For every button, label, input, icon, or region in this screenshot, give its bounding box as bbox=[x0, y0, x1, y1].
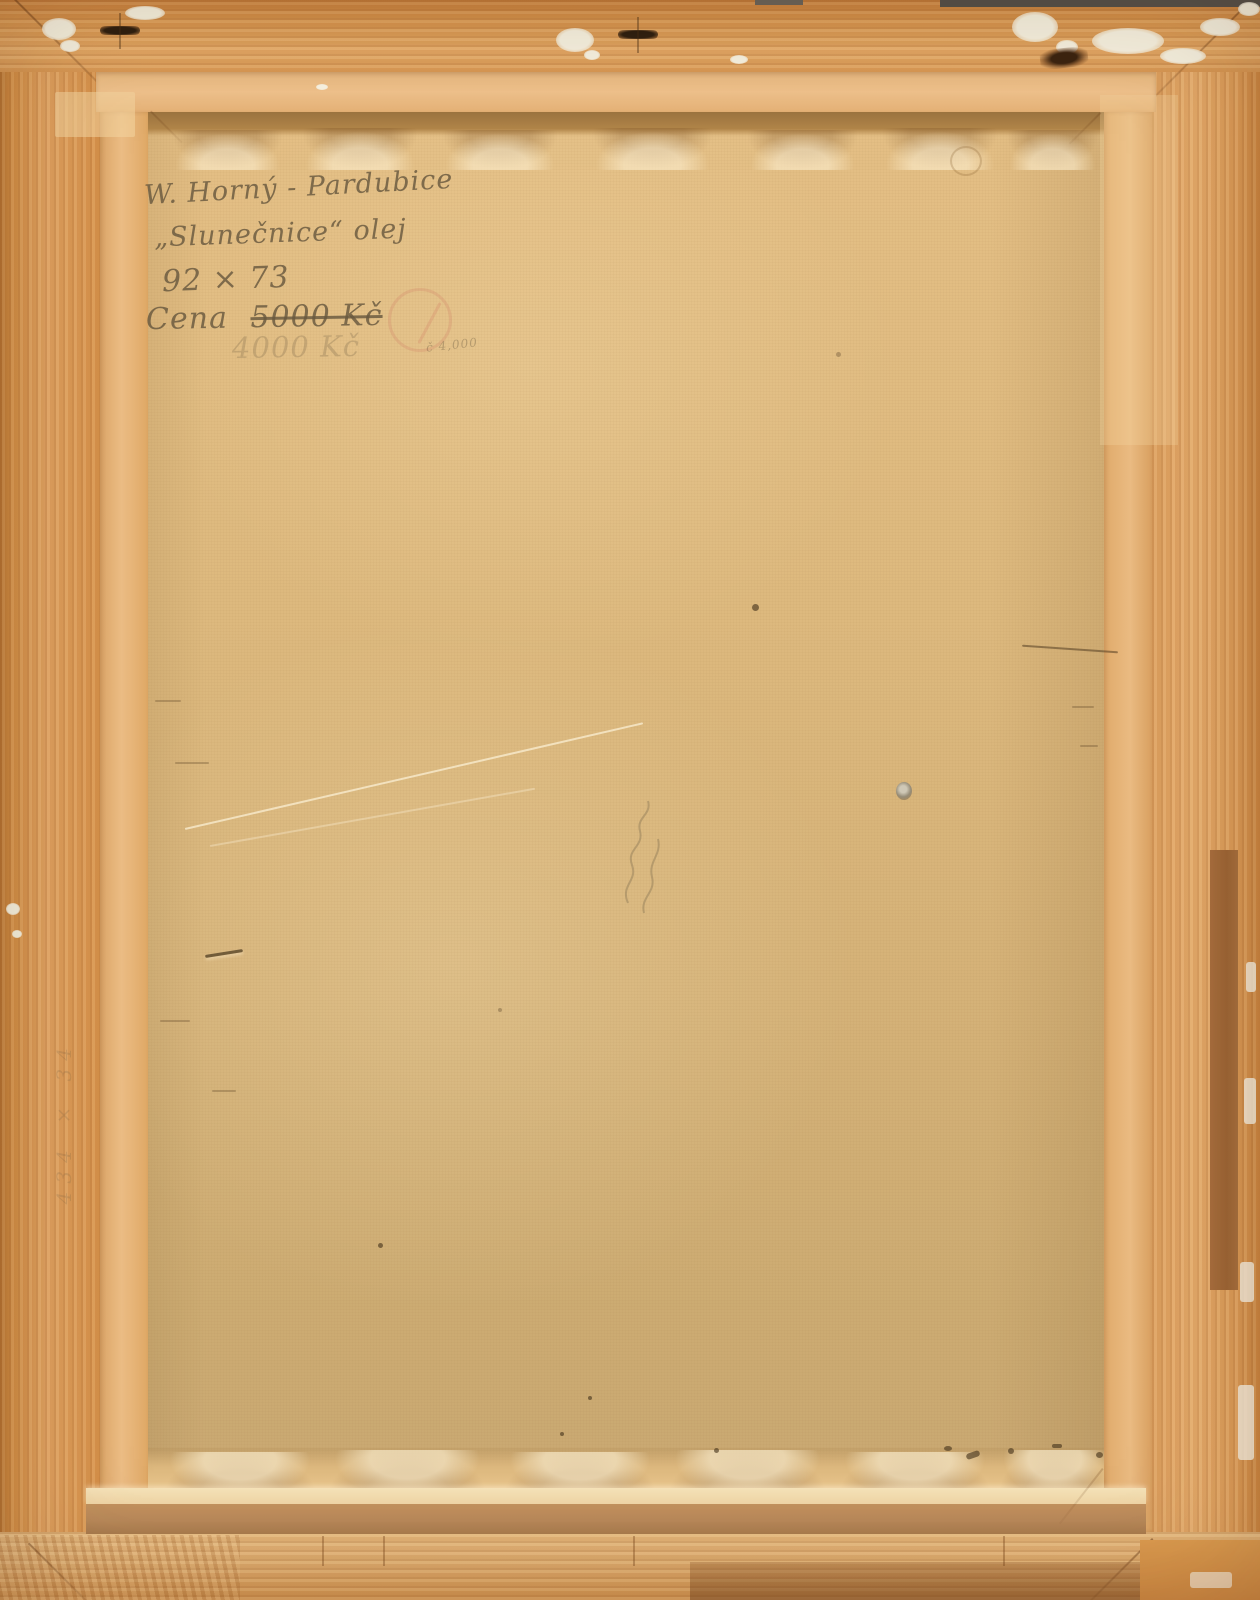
faint-pencil-scribble bbox=[600, 785, 700, 935]
speck bbox=[560, 1432, 564, 1436]
paint-chip bbox=[1238, 2, 1260, 16]
screw-slot bbox=[100, 26, 140, 35]
scuff-mark bbox=[1072, 706, 1094, 708]
paint-chip bbox=[12, 930, 22, 938]
inscription-artist-location: W. Horný - Pardubice bbox=[143, 164, 454, 211]
bottom-rail-warm-piece bbox=[1140, 1540, 1260, 1600]
speck bbox=[1096, 1452, 1103, 1458]
paint-chip bbox=[556, 28, 594, 52]
paint-streak bbox=[1244, 1078, 1256, 1124]
frame-left-rail bbox=[0, 0, 100, 1600]
speck bbox=[944, 1446, 952, 1451]
speck bbox=[588, 1396, 592, 1400]
bottom-rail-shadow-strip bbox=[690, 1562, 1140, 1600]
paint-chip bbox=[1012, 12, 1058, 42]
screw-slot bbox=[618, 30, 658, 39]
speck bbox=[714, 1448, 719, 1453]
paint-chip bbox=[1092, 28, 1164, 54]
paint-chip bbox=[1160, 48, 1206, 64]
paint-chip bbox=[125, 6, 165, 20]
bottom-rail-diagonal-grain-piece bbox=[0, 1535, 240, 1600]
bottom-stretcher-highlight bbox=[86, 1488, 1146, 1504]
tape-strip-right bbox=[1100, 95, 1178, 445]
paint-chip bbox=[42, 18, 76, 40]
paint-chip bbox=[730, 55, 748, 64]
wood-joint bbox=[1003, 1536, 1005, 1566]
right-rail-dark-strip bbox=[1210, 850, 1238, 1290]
scuff-mark bbox=[160, 1020, 190, 1022]
faint-ring-impression bbox=[950, 146, 982, 176]
scuff-mark bbox=[1080, 745, 1098, 747]
inscription-block: W. Horný - Pardubice „Slunečnice“ olej 9… bbox=[138, 168, 538, 378]
bottom-stretcher-face bbox=[86, 1504, 1146, 1534]
wrinkle-bump bbox=[170, 130, 285, 170]
speck bbox=[752, 604, 759, 611]
paint-chip bbox=[584, 50, 600, 60]
tape-patch-top-left bbox=[55, 92, 135, 137]
speck bbox=[1052, 1444, 1062, 1448]
paint-streak bbox=[1240, 1262, 1254, 1302]
wrinkle-bump bbox=[745, 130, 860, 170]
inscription-title-medium: „Slunečnice“ olej bbox=[154, 214, 408, 254]
background-sliver-small bbox=[755, 0, 803, 5]
scuff-mark bbox=[155, 700, 181, 702]
wood-joint bbox=[633, 1536, 635, 1566]
wrinkle-bump bbox=[1005, 130, 1100, 170]
inscription-dimensions: 92 × 73 bbox=[161, 260, 290, 299]
scuff-mark bbox=[212, 1090, 236, 1092]
paint-streak bbox=[1238, 1385, 1254, 1460]
wrinkle-bump bbox=[440, 130, 560, 170]
speck bbox=[1008, 1448, 1014, 1454]
paint-chip bbox=[316, 84, 328, 90]
stretcher-bar-top bbox=[96, 72, 1156, 112]
frame-pencil-note: 434 × 34 bbox=[52, 1040, 76, 1204]
inscription-price-faint: 4000 Kč bbox=[232, 329, 361, 365]
wrinkle-bump bbox=[590, 128, 715, 170]
paint-streak bbox=[1246, 962, 1256, 992]
painting-verso-photo: W. Horný - Pardubice „Slunečnice“ olej 9… bbox=[0, 0, 1260, 1600]
paint-streak bbox=[1190, 1572, 1232, 1588]
paint-chip bbox=[6, 903, 20, 915]
speck bbox=[836, 352, 841, 357]
scuff-mark bbox=[175, 762, 209, 764]
wood-joint bbox=[383, 1536, 385, 1566]
speck bbox=[498, 1008, 502, 1012]
paint-chip bbox=[1200, 18, 1240, 36]
nail-head bbox=[896, 782, 912, 800]
wrinkle-bump bbox=[300, 128, 420, 170]
paint-chip bbox=[60, 40, 80, 52]
wrinkle-bump bbox=[880, 128, 1000, 170]
wood-joint bbox=[322, 1536, 324, 1566]
background-sliver bbox=[940, 0, 1260, 7]
inscription-price-label: Cena bbox=[146, 301, 229, 337]
speck bbox=[378, 1243, 383, 1248]
